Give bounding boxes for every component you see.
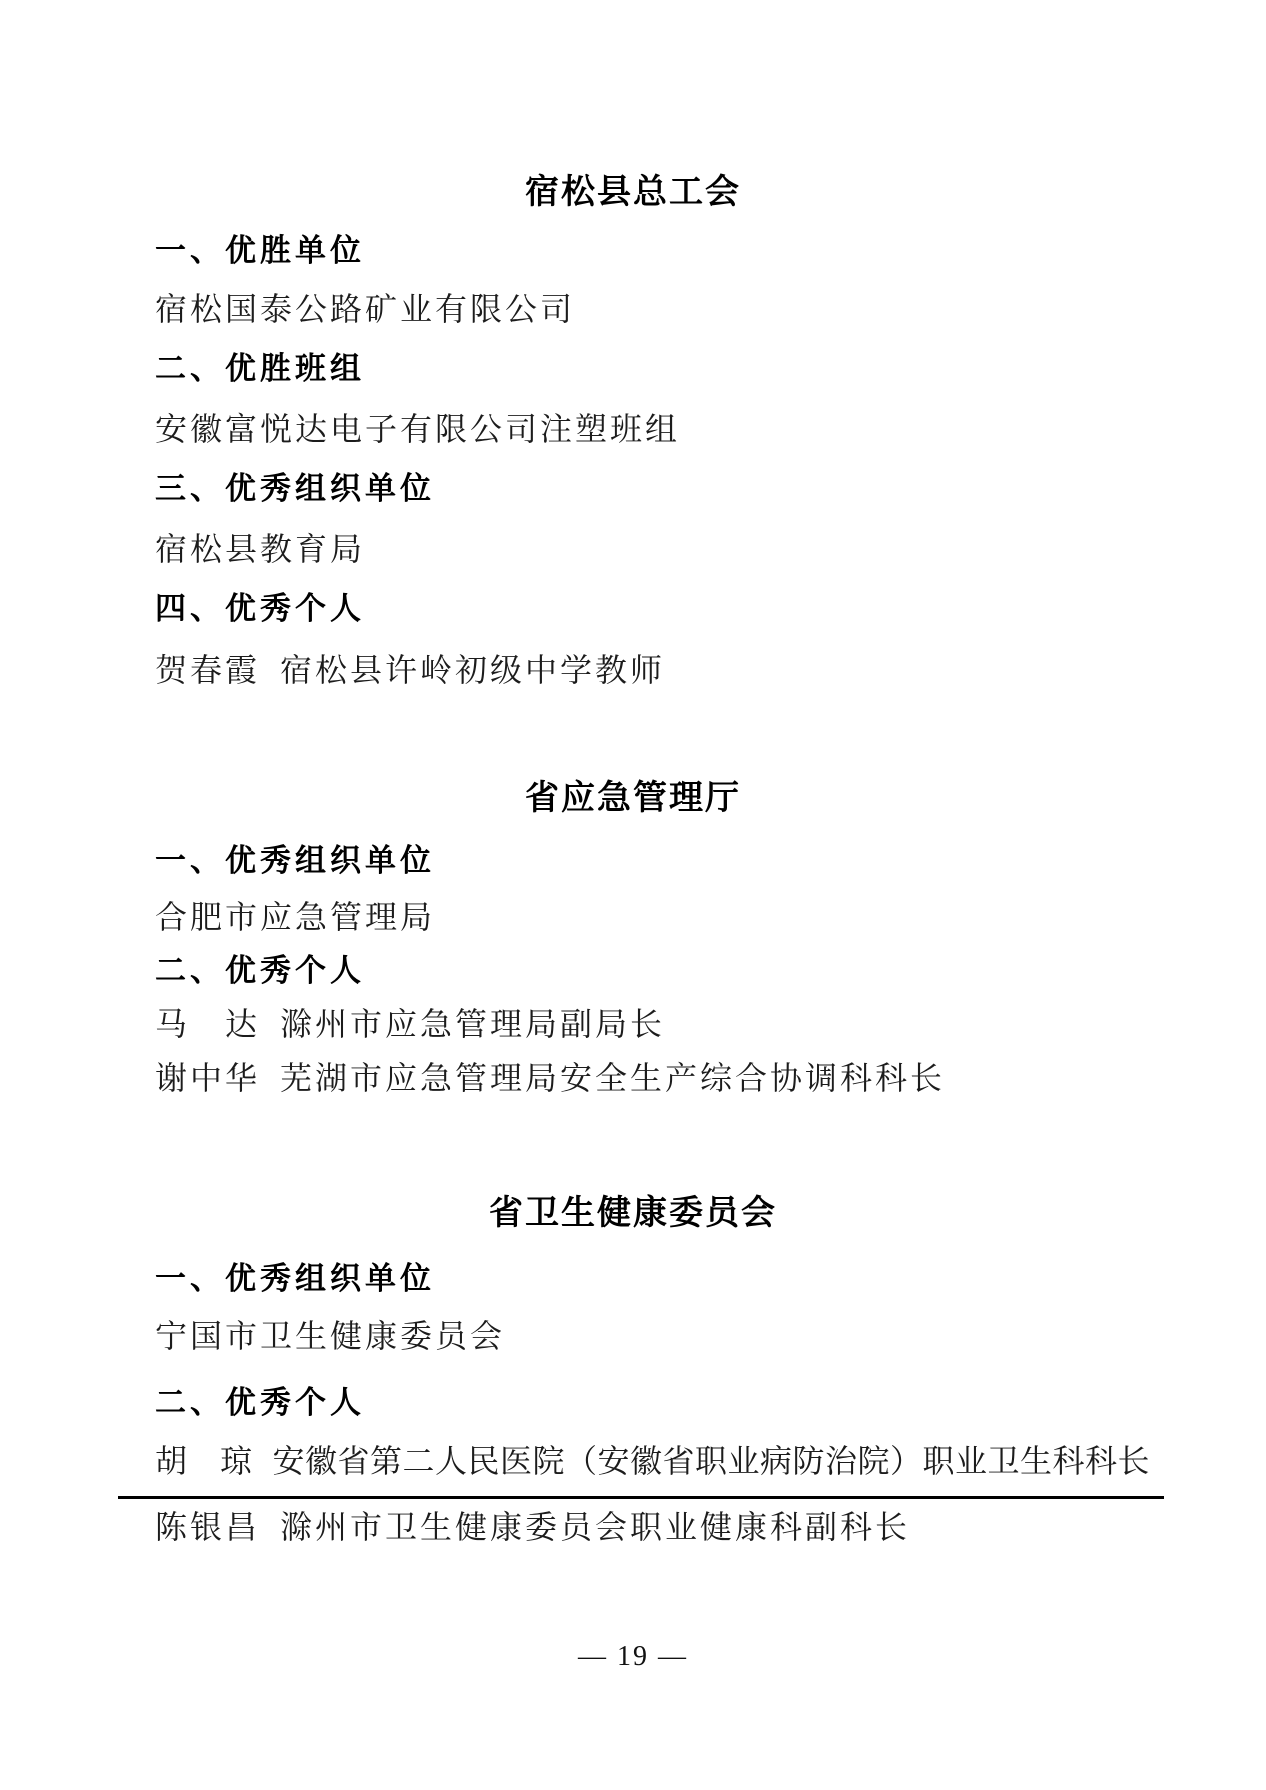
person-title: 滁州市卫生健康委员会职业健康科副科长 bbox=[280, 1509, 910, 1545]
entry-line: 宁国市卫生健康委员会 bbox=[155, 1318, 505, 1355]
person-title: 滁州市应急管理局副局长 bbox=[280, 1006, 665, 1042]
person-title: 安徽省第二人民医院（安徽省职业病防治院）职业卫生科科长 bbox=[273, 1443, 1151, 1479]
section-title: 省应急管理厅 bbox=[0, 779, 1266, 818]
entry-line: 合肥市应急管理局 bbox=[155, 899, 435, 936]
person-name: 马 达 bbox=[155, 1006, 260, 1043]
category-heading: 一、优胜单位 bbox=[155, 233, 365, 269]
category-heading: 三、优秀组织单位 bbox=[155, 471, 435, 507]
person-title: 芜湖市应急管理局安全生产综合协调科科长 bbox=[280, 1060, 945, 1096]
section-title: 宿松县总工会 bbox=[0, 173, 1266, 212]
person-title: 宿松县许岭初级中学教师 bbox=[280, 652, 665, 688]
person-name: 陈银昌 bbox=[155, 1509, 260, 1546]
category-heading: 四、优秀个人 bbox=[155, 591, 365, 627]
category-heading: 二、优秀个人 bbox=[155, 1385, 365, 1421]
category-heading: 二、优秀个人 bbox=[155, 953, 365, 989]
divider-line bbox=[118, 1496, 1164, 1499]
section-title: 省卫生健康委员会 bbox=[0, 1194, 1266, 1233]
person-entry: 胡 琼安徽省第二人民医院（安徽省职业病防治院）职业卫生科科长 bbox=[155, 1443, 1150, 1480]
category-heading: 二、优胜班组 bbox=[155, 351, 365, 387]
entry-line: 安徽富悦达电子有限公司注塑班组 bbox=[155, 411, 680, 448]
category-heading: 一、优秀组织单位 bbox=[155, 843, 435, 879]
category-heading: 一、优秀组织单位 bbox=[155, 1261, 435, 1297]
page-number: — 19 — bbox=[0, 1641, 1266, 1673]
document-page: 宿松县总工会 一、优胜单位 宿松国泰公路矿业有限公司 二、优胜班组 安徽富悦达电… bbox=[0, 0, 1266, 1790]
entry-line: 宿松国泰公路矿业有限公司 bbox=[155, 291, 575, 328]
person-entry: 马 达滁州市应急管理局副局长 bbox=[155, 1006, 665, 1043]
person-name: 谢中华 bbox=[155, 1060, 260, 1097]
person-entry: 贺春霞宿松县许岭初级中学教师 bbox=[155, 652, 665, 689]
entry-line: 宿松县教育局 bbox=[155, 531, 365, 568]
person-name: 胡 琼 bbox=[155, 1443, 253, 1480]
person-name: 贺春霞 bbox=[155, 652, 260, 689]
person-entry: 陈银昌滁州市卫生健康委员会职业健康科副科长 bbox=[155, 1509, 910, 1546]
person-entry: 谢中华芜湖市应急管理局安全生产综合协调科科长 bbox=[155, 1060, 945, 1097]
